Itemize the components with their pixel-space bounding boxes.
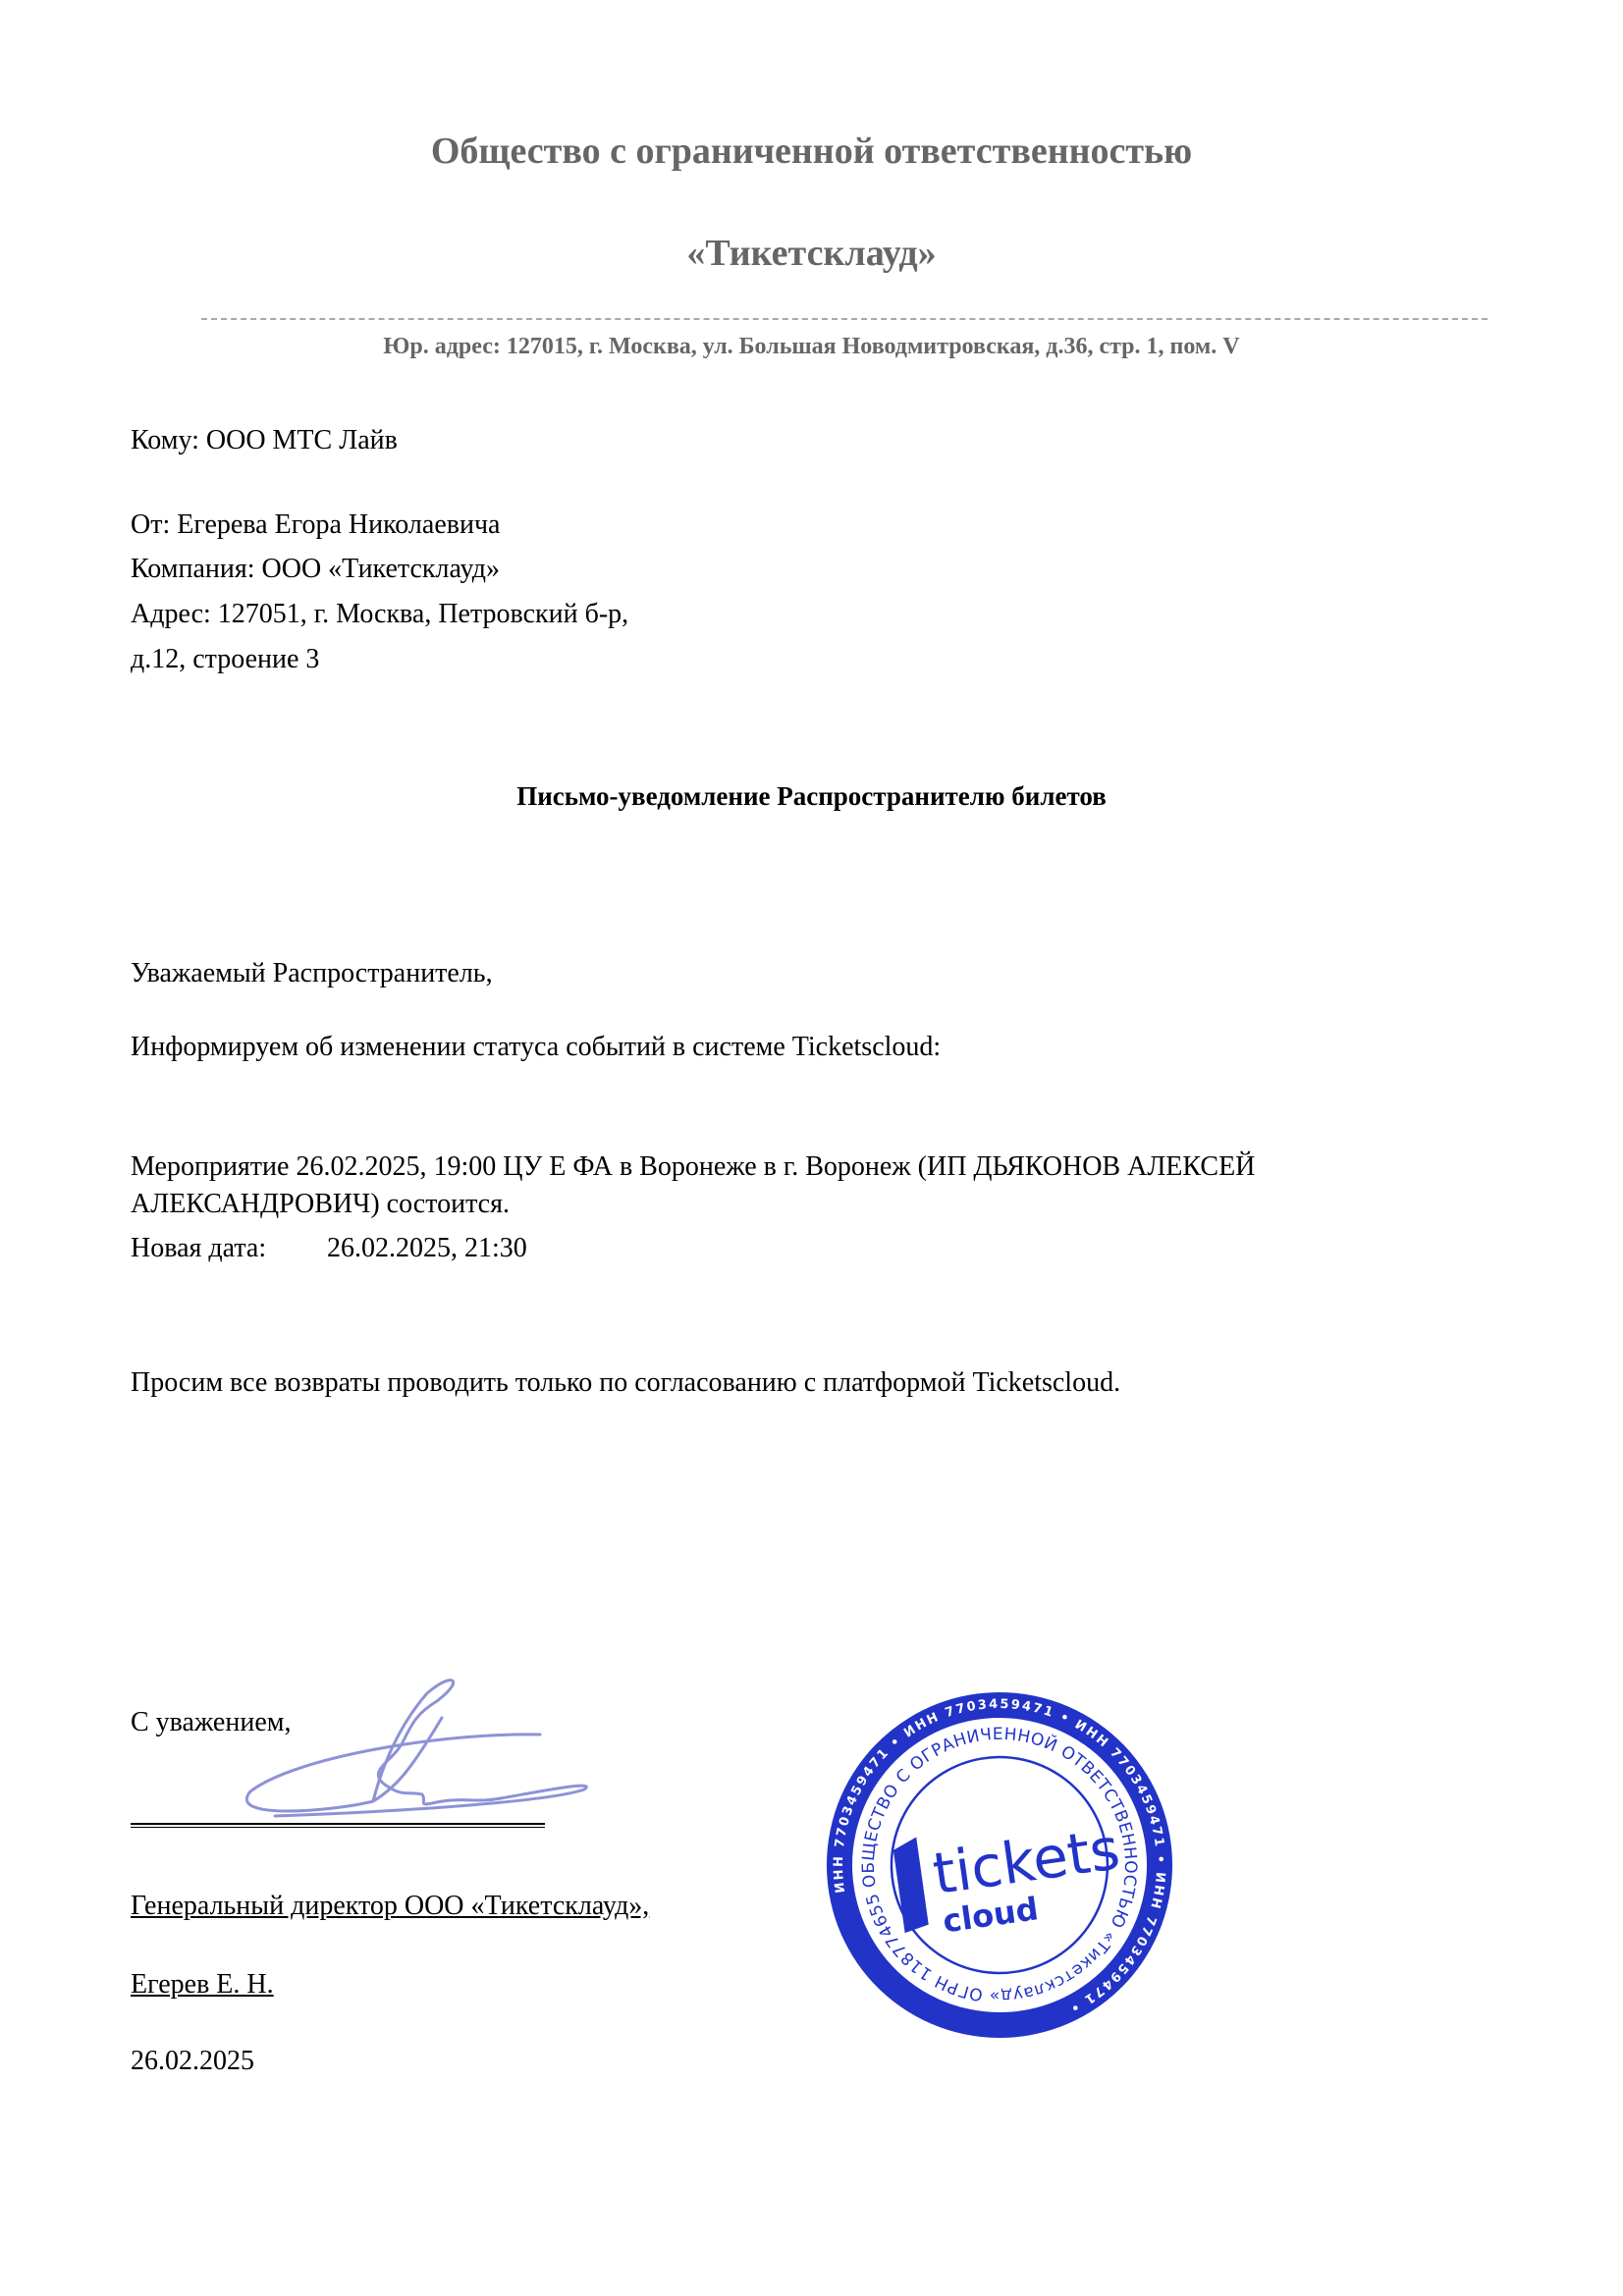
intro-text: Информируем об изменении статуса событий… bbox=[131, 1031, 941, 1064]
greeting: Уважаемый Распространитель, bbox=[131, 957, 493, 990]
company-name-line2: «Тикетсклауд» bbox=[0, 232, 1623, 275]
legal-address: Юр. адрес: 127015, г. Москва, ул. Больша… bbox=[0, 334, 1623, 360]
sender: От: Егерева Егора Николаевича bbox=[131, 508, 500, 542]
event-line-1: Мероприятие 26.02.2025, 19:00 ЦУ Е ФА в … bbox=[131, 1150, 1255, 1184]
signature-date: 26.02.2025 bbox=[131, 2045, 254, 2078]
company-name-line1: Общество с ограниченной ответственностью bbox=[0, 130, 1623, 173]
sender-address-line1: Адрес: 127051, г. Москва, Петровский б-р… bbox=[131, 598, 628, 631]
recipient: Кому: ООО МТС Лайв bbox=[131, 424, 398, 457]
event-line-2: АЛЕКСАНДРОВИЧ) состоится. bbox=[131, 1188, 510, 1221]
new-date-value: 26.02.2025, 21:30 bbox=[327, 1232, 527, 1265]
signer-name: Егерев Е. Н. bbox=[131, 1968, 274, 2002]
letter-title: Письмо-уведомление Распространителю биле… bbox=[0, 779, 1623, 813]
signature-line bbox=[131, 1823, 545, 1825]
new-date-label: Новая дата: bbox=[131, 1232, 266, 1265]
sender-company: Компания: ООО «Тикетсклауд» bbox=[131, 553, 500, 586]
company-stamp: ИНН 7703459471 • ИНН 7703459471 • ИНН 77… bbox=[813, 1679, 1186, 2052]
tickets-cloud-logo-mark bbox=[892, 1838, 929, 1934]
signature-line-double bbox=[131, 1827, 545, 1828]
sender-address-line2: д.12, строение 3 bbox=[131, 643, 319, 676]
handwritten-signature bbox=[216, 1674, 628, 1821]
returns-request: Просим все возвраты проводить только по … bbox=[131, 1366, 1120, 1400]
header-divider bbox=[201, 318, 1488, 320]
signer-position: Генеральный директор ООО «Тикетсклауд», bbox=[131, 1890, 649, 1923]
